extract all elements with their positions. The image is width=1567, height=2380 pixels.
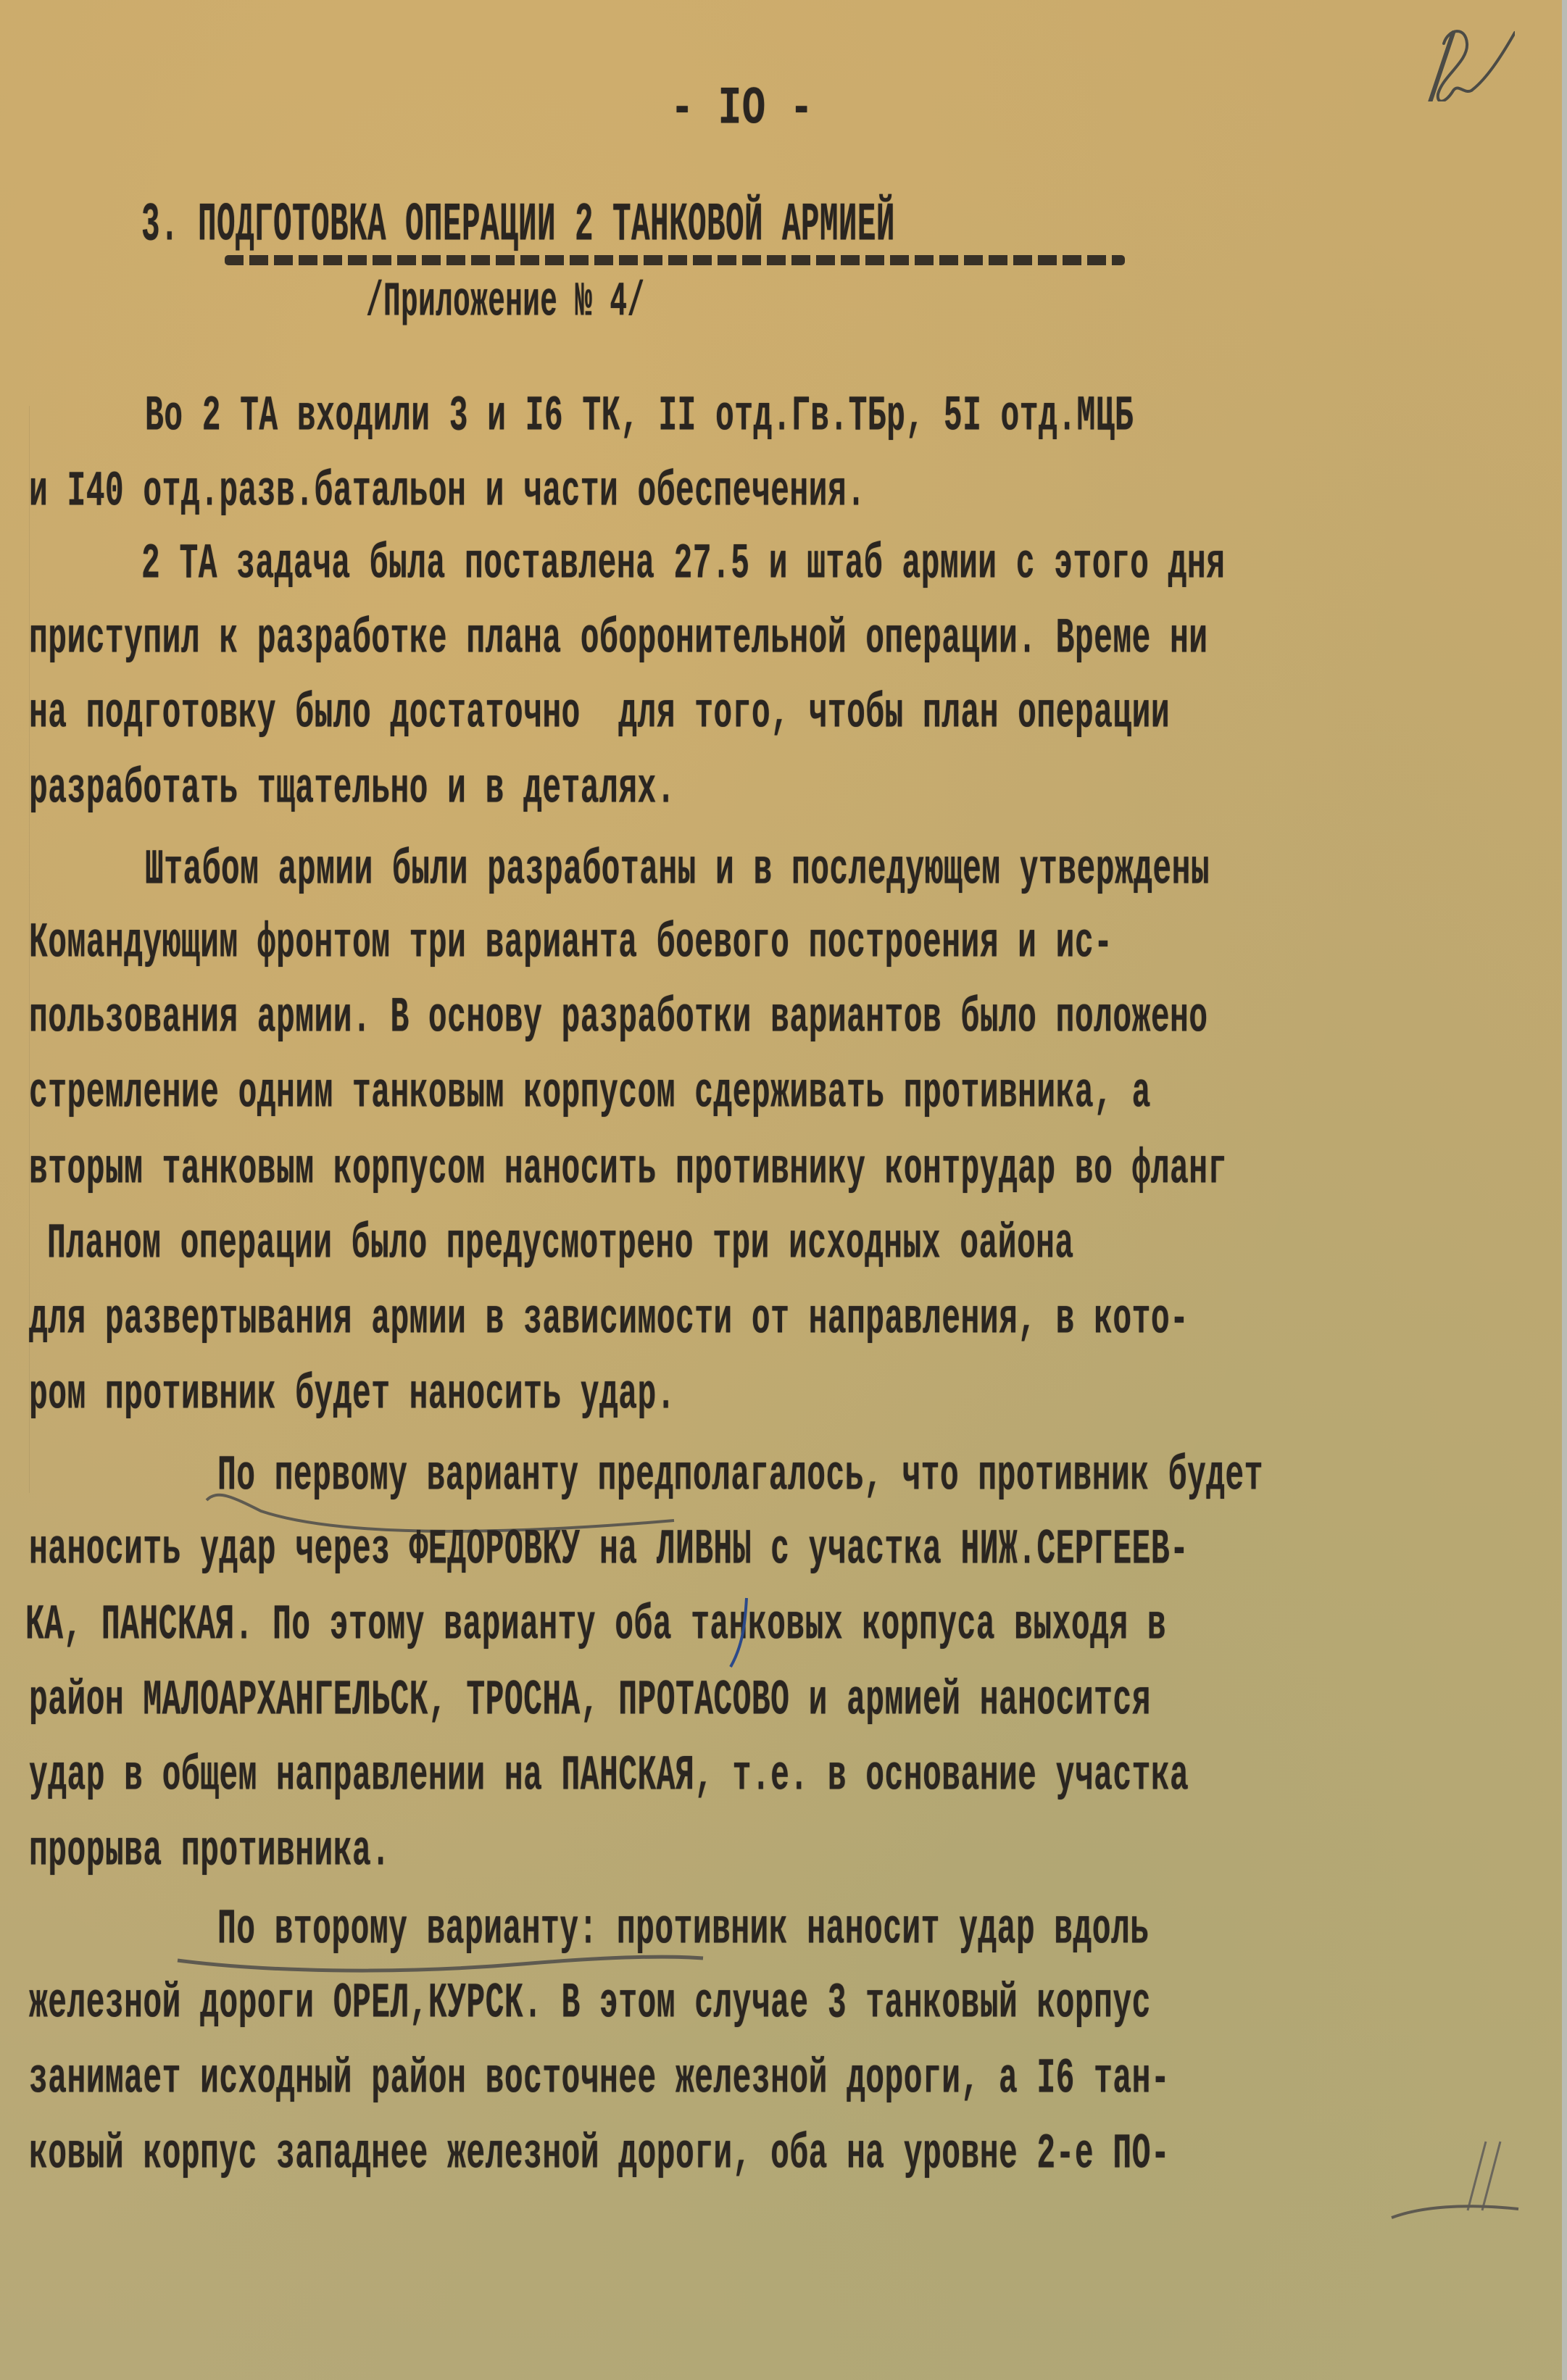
scan-paper-edge (1562, 0, 1567, 2380)
pencil-margin-mark (1377, 2138, 1522, 2225)
text-line: занимает исходный район восточнее железн… (29, 2051, 1170, 2108)
text-line: вторым танковым корпусом наносить против… (29, 1141, 1227, 1199)
text-line: приступил к разработке плана оборонитель… (29, 611, 1208, 668)
text-line: стремление одним танковым корпусом сдерж… (29, 1065, 1151, 1123)
text-line: и I40 отд.разв.батальон и части обеспече… (29, 464, 865, 521)
text-line: 2 ТА задача была поставлена 27.5 и штаб … (141, 536, 1225, 594)
text-line: ром противник будет наносить удар. (29, 1367, 676, 1424)
blue-ink-correction-mark (725, 1594, 754, 1674)
text-line: Штабом армии были разработаны и в послед… (145, 842, 1210, 899)
page-number: - IO - (670, 80, 813, 139)
section-heading: 3. ПОДГОТОВКА ОПЕРАЦИИ 2 ТАНКОВОЙ АРМИЕЙ (141, 194, 895, 257)
text-line: для развертывания армии в зависимости от… (29, 1291, 1189, 1349)
text-line: Во 2 ТА входили 3 и I6 ТК, II отд.Гв.ТБр… (145, 388, 1134, 446)
text-line: наносить удар через ФЕДОРОВКУ на ЛИВНЫ с… (29, 1522, 1189, 1579)
text-line: разработать тщательно и в деталях. (29, 761, 676, 818)
text-line: Командующим фронтом три варианта боевого… (29, 915, 1113, 973)
pencil-underline (174, 1942, 710, 1979)
text-line: удар в общем направлении на ПАНСКАЯ, т.е… (29, 1748, 1189, 1805)
text-line: на подготовку было достаточно для того, … (29, 686, 1170, 743)
text-line: район МАЛОАРХАНГЕЛЬСК, ТРОСНА, ПРОТАСОВО… (29, 1673, 1151, 1730)
appendix-reference: /Приложение № 4/ (366, 275, 644, 330)
handwritten-folio-number (1413, 14, 1515, 101)
text-line: железной дороги ОРЕЛ,КУРСК. В этом случа… (29, 1976, 1151, 2033)
text-line: Планом операции было предусмотрено три и… (47, 1216, 1074, 1273)
text-line: КА, ПАНСКАЯ. По этому варианту оба танко… (25, 1597, 1166, 1655)
document-page: - IO - 3. ПОДГОТОВКА ОПЕРАЦИИ 2 ТАНКОВОЙ… (0, 0, 1562, 2380)
text-line: прорыва противника. (29, 1823, 390, 1881)
text-line: пользования армии. В основу разработки в… (29, 990, 1208, 1047)
text-line: ковый корпус западнее железной дороги, о… (29, 2126, 1170, 2184)
heading-dashed-underline (225, 255, 1125, 265)
